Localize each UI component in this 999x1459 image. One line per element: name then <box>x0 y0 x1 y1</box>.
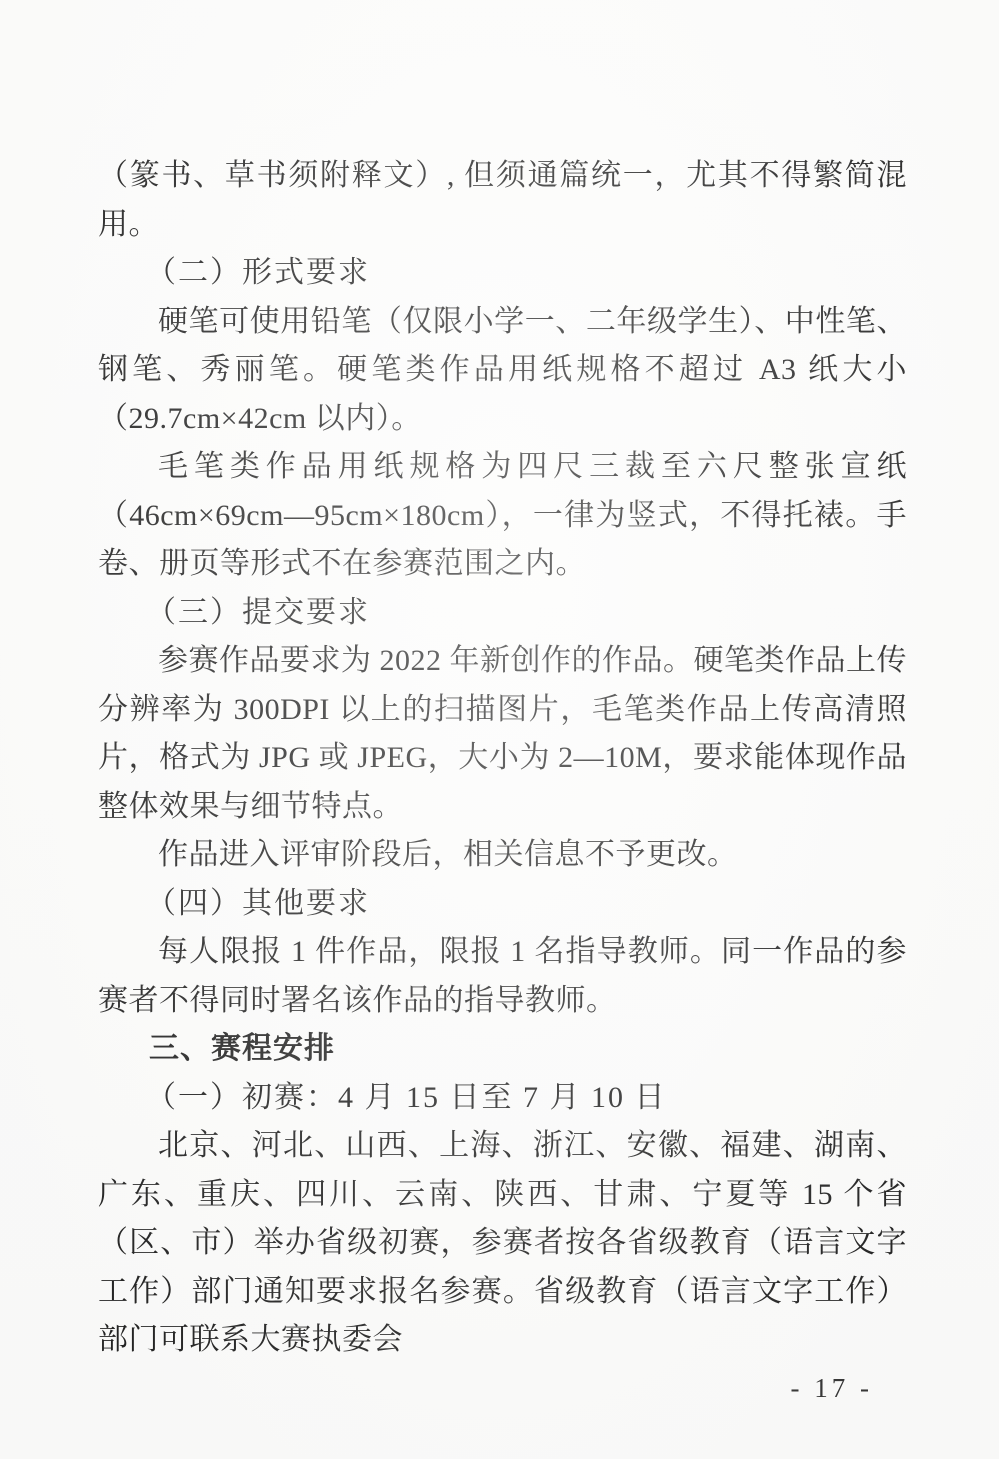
sub-heading-format-requirements: （二）形式要求 <box>98 249 907 298</box>
page-number: - 17 - <box>791 1373 873 1403</box>
paragraph-hard-pen-rules: 硬笔可使用铅笔（仅限小学一、二年级学生）、中性笔、钢笔、秀丽笔。硬笔类作品用纸规… <box>98 298 907 444</box>
sub-heading-other-requirements: （四）其他要求 <box>98 880 907 929</box>
sub-heading-submission-requirements: （三）提交要求 <box>98 589 907 638</box>
paragraph-continuation: （篆书、草书须附释文）, 但须通篇统一，尤其不得繁简混用。 <box>98 152 907 249</box>
page-footer: - 17 - <box>98 1373 907 1404</box>
section-heading-schedule: 三、赛程安排 <box>98 1025 907 1074</box>
document-text-block: （篆书、草书须附释文）, 但须通篇统一，尤其不得繁简混用。 （二）形式要求 硬笔… <box>98 152 907 1365</box>
paragraph-entry-limits: 每人限报 1 件作品，限报 1 名指导教师。同一作品的参赛者不得同时署名该作品的… <box>98 928 907 1025</box>
paragraph-brush-pen-rules: 毛笔类作品用纸规格为四尺三裁至六尺整张宣纸（46cm×69cm—95cm×180… <box>98 443 907 589</box>
paragraph-review-stage-note: 作品进入评审阶段后，相关信息不予更改。 <box>98 831 907 880</box>
paragraph-provinces-preliminary: 北京、河北、山西、上海、浙江、安徽、福建、湖南、广东、重庆、四川、云南、陕西、甘… <box>98 1122 907 1365</box>
sub-heading-preliminary-round-dates: （一）初赛：4 月 15 日至 7 月 10 日 <box>98 1074 907 1123</box>
paragraph-submission-rules: 参赛作品要求为 2022 年新创作的作品。硬笔类作品上传分辨率为 300DPI … <box>98 637 907 831</box>
document-page: （篆书、草书须附释文）, 但须通篇统一，尤其不得繁简混用。 （二）形式要求 硬笔… <box>0 0 999 1459</box>
